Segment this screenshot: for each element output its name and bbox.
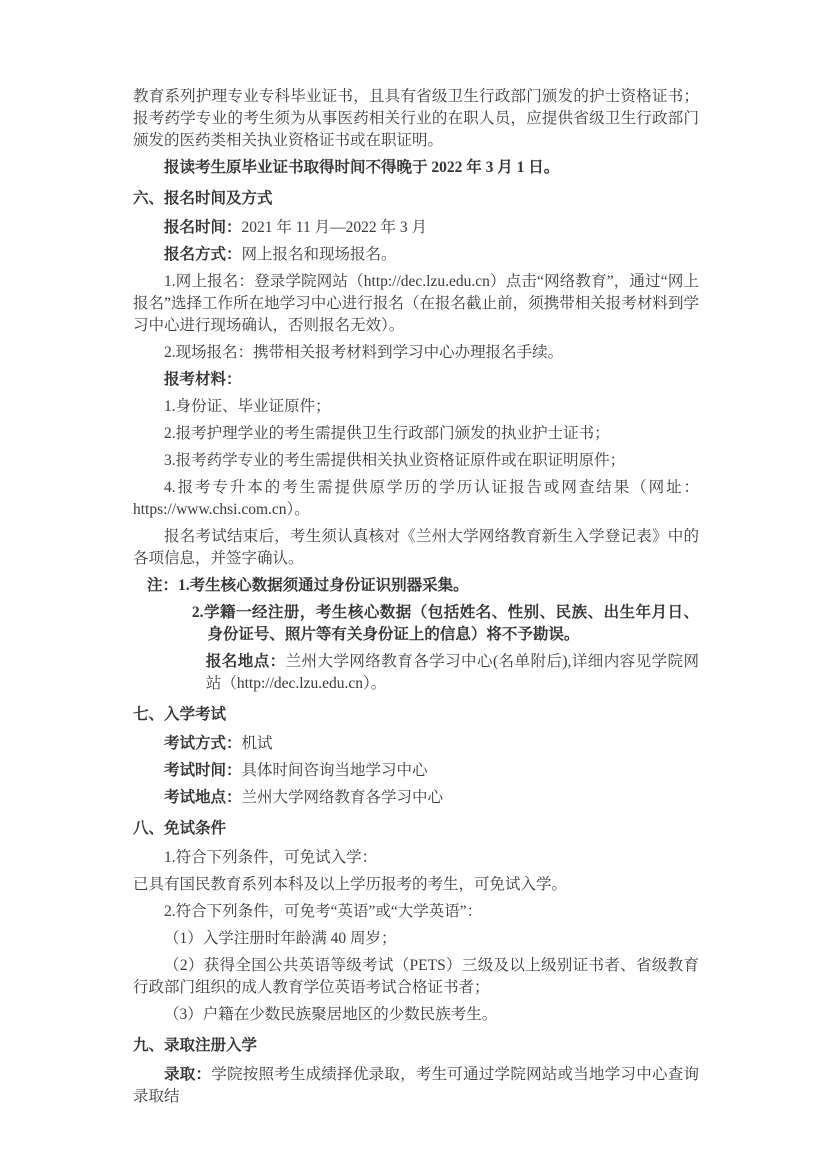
section-heading: 七、入学考试 <box>133 704 699 726</box>
paragraph: 教育系列护理专业专科毕业证书，且具有省级卫生行政部门颁发的护士资格证书；报考药学… <box>133 86 699 152</box>
text-run: 已具有国民教育系列本科及以上学历报考的考生，可免试入学。 <box>133 876 567 893</box>
paragraph: 2.现场报名：携带相关报考材料到学习中心办理报名手续。 <box>133 342 699 364</box>
paragraph: （2）获得全国公共英语等级考试（PETS）三级及以上级别证书者、省级教育行政部门… <box>133 955 699 999</box>
section-heading: 六、报名时间及方式 <box>133 188 699 210</box>
text-run: 2.报考护理学业的考生需提供卫生行政部门颁发的执业护士证书； <box>164 425 610 442</box>
bold-text-run: 六、报名时间及方式 <box>133 190 273 207</box>
text-run: （1）入学注册时年龄满 40 周岁； <box>164 930 397 947</box>
text-run: 1.网上报名：登录学院网站（http://dec.lzu.edu.cn）点击“网… <box>133 273 699 334</box>
paragraph: 报名考试结束后，考生须认真核对《兰州大学网络教育新生入学登记表》中的各项信息，并… <box>133 526 699 570</box>
paragraph: 考试时间：具体时间咨询当地学习中心 <box>133 760 699 782</box>
bold-text-run: 考试时间： <box>164 762 242 779</box>
bold-text-run: 七、入学考试 <box>133 706 226 723</box>
paragraph: （1）入学注册时年龄满 40 周岁； <box>133 928 699 950</box>
document-content: 教育系列护理专业专科毕业证书，且具有省级卫生行政部门颁发的护士资格证书；报考药学… <box>133 86 699 1113</box>
bold-text-run: 报名地点： <box>206 653 286 670</box>
bold-text-run: 注：1.考生核心数据须通过身份证识别器采集。 <box>147 577 469 594</box>
paragraph: 报读考生原毕业证书取得时间不得晚于 2022 年 3 月 1 日。 <box>133 157 699 179</box>
bold-text-run: 考试地点： <box>164 789 242 806</box>
text-run: 2.现场报名：携带相关报考材料到学习中心办理报名手续。 <box>164 344 563 361</box>
text-run: 4.报考专升本的考生需提供原学历的学历认证报告或网查结果（网址：https://… <box>133 479 699 518</box>
text-run: 学院按照考生成绩择优录取，考生可通过学院网站或当地学习中心查询录取结 <box>133 1066 699 1105</box>
paragraph: 1.网上报名：登录学院网站（http://dec.lzu.edu.cn）点击“网… <box>133 271 699 337</box>
paragraph: 报名方式：网上报名和现场报名。 <box>133 244 699 266</box>
paragraph: 考试方式：机试 <box>133 733 699 755</box>
document-page: 教育系列护理专业专科毕业证书，且具有省级卫生行政部门颁发的护士资格证书；报考药学… <box>0 0 826 1169</box>
paragraph: 报考材料： <box>133 369 699 391</box>
paragraph: 报名时间：2021 年 11 月—2022 年 3 月 <box>133 217 699 239</box>
text-run: 1.符合下列条件，可免试入学： <box>164 849 377 866</box>
text-run: 教育系列护理专业专科毕业证书，且具有省级卫生行政部门颁发的护士资格证书；报考药学… <box>133 88 699 149</box>
bold-text-run: 2.学籍一经注册，考生核心数据（包括姓名、性别、民族、出生年月日、身份证号、照片… <box>192 604 699 643</box>
text-run: 机试 <box>242 735 273 752</box>
bold-text-run: 报名方式： <box>164 246 242 263</box>
paragraph: 报名地点：兰州大学网络教育各学习中心(名单附后),详细内容见学院网站（http:… <box>206 651 699 695</box>
paragraph: 注：1.考生核心数据须通过身份证识别器采集。 <box>147 575 699 597</box>
bold-text-run: 报考材料： <box>164 371 242 388</box>
paragraph: 已具有国民教育系列本科及以上学历报考的考生，可免试入学。 <box>133 874 699 896</box>
paragraph: 3.报考药学专业的考生需提供相关执业资格证原件或在职证明原件； <box>133 450 699 472</box>
section-heading: 八、免试条件 <box>133 818 699 840</box>
text-run: 3.报考药学专业的考生需提供相关执业资格证原件或在职证明原件； <box>164 452 625 469</box>
text-run: 网上报名和现场报名。 <box>242 246 397 263</box>
paragraph: 考试地点：兰州大学网络教育各学习中心 <box>133 787 699 809</box>
text-run: 2.符合下列条件，可免考“英语”或“大学英语”： <box>164 903 482 920</box>
paragraph: 1.符合下列条件，可免试入学： <box>133 847 699 869</box>
text-run: 1.身份证、毕业证原件； <box>164 398 331 415</box>
text-run: 具体时间咨询当地学习中心 <box>242 762 428 779</box>
paragraph: 4.报考专升本的考生需提供原学历的学历认证报告或网查结果（网址：https://… <box>133 477 699 521</box>
paragraph: 1.身份证、毕业证原件； <box>133 396 699 418</box>
bold-text-run: 九、录取注册入学 <box>133 1037 257 1054</box>
paragraph: （3）户籍在少数民族聚居地区的少数民族考生。 <box>133 1004 699 1026</box>
paragraph: 录取：学院按照考生成绩择优录取，考生可通过学院网站或当地学习中心查询录取结 <box>133 1064 699 1108</box>
bold-text-run: 考试方式： <box>164 735 242 752</box>
bold-text-run: 八、免试条件 <box>133 820 226 837</box>
section-heading: 九、录取注册入学 <box>133 1035 699 1057</box>
text-run: 报名考试结束后，考生须认真核对《兰州大学网络教育新生入学登记表》中的各项信息，并… <box>133 528 699 567</box>
bold-text-run: 录取： <box>164 1066 211 1083</box>
paragraph: 2.学籍一经注册，考生核心数据（包括姓名、性别、民族、出生年月日、身份证号、照片… <box>207 602 699 646</box>
bold-text-run: 报读考生原毕业证书取得时间不得晚于 2022 年 3 月 1 日。 <box>164 159 559 176</box>
text-run: 2021 年 11 月—2022 年 3 月 <box>242 219 427 236</box>
paragraph: 2.报考护理学业的考生需提供卫生行政部门颁发的执业护士证书； <box>133 423 699 445</box>
text-run: 兰州大学网络教育各学习中心 <box>242 789 444 806</box>
text-run: （2）获得全国公共英语等级考试（PETS）三级及以上级别证书者、省级教育行政部门… <box>133 957 699 996</box>
bold-text-run: 报名时间： <box>164 219 242 236</box>
text-run: （3）户籍在少数民族聚居地区的少数民族考生。 <box>164 1006 497 1023</box>
paragraph: 2.符合下列条件，可免考“英语”或“大学英语”： <box>133 901 699 923</box>
